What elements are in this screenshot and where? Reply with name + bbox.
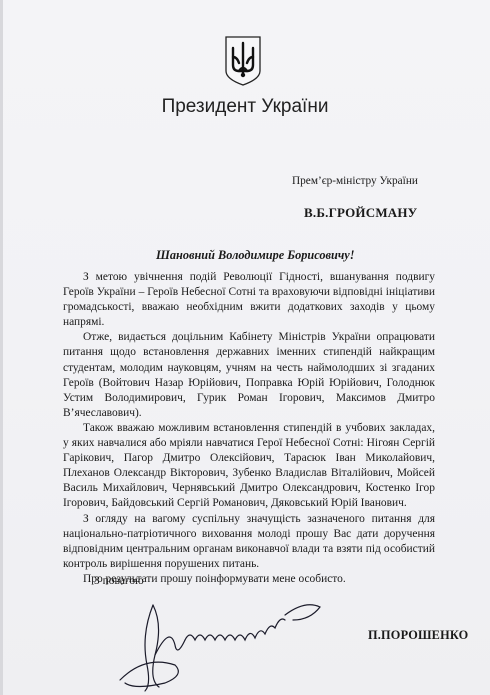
letter-body: З метою увічнення подій Революції Гіднос…	[63, 270, 435, 587]
paragraph: Отже, видається доцільним Кабінету Мініс…	[63, 330, 435, 421]
paragraph: Також вважаю можливим встановлення стипе…	[63, 421, 435, 512]
salutation: Шановний Володимире Борисовичу!	[156, 248, 355, 263]
paragraph: З метою увічнення подій Революції Гіднос…	[63, 270, 435, 330]
paragraph: З огляду на вагому суспільну значущість …	[63, 512, 435, 572]
letterhead-title: Президент України	[0, 96, 490, 118]
signer-name: П.ПОРОШЕНКО	[368, 628, 468, 643]
recipient-role: Прем’єр-міністру України	[292, 175, 418, 187]
letter-page: Президент України Прем’єр-міністру Украї…	[0, 0, 490, 695]
recipient-name: В.Б.ГРОЙСМАНУ	[304, 205, 417, 221]
signature-icon	[115, 595, 345, 695]
trident-coat-of-arms-icon	[224, 35, 262, 87]
closing: З повагою	[94, 575, 144, 587]
